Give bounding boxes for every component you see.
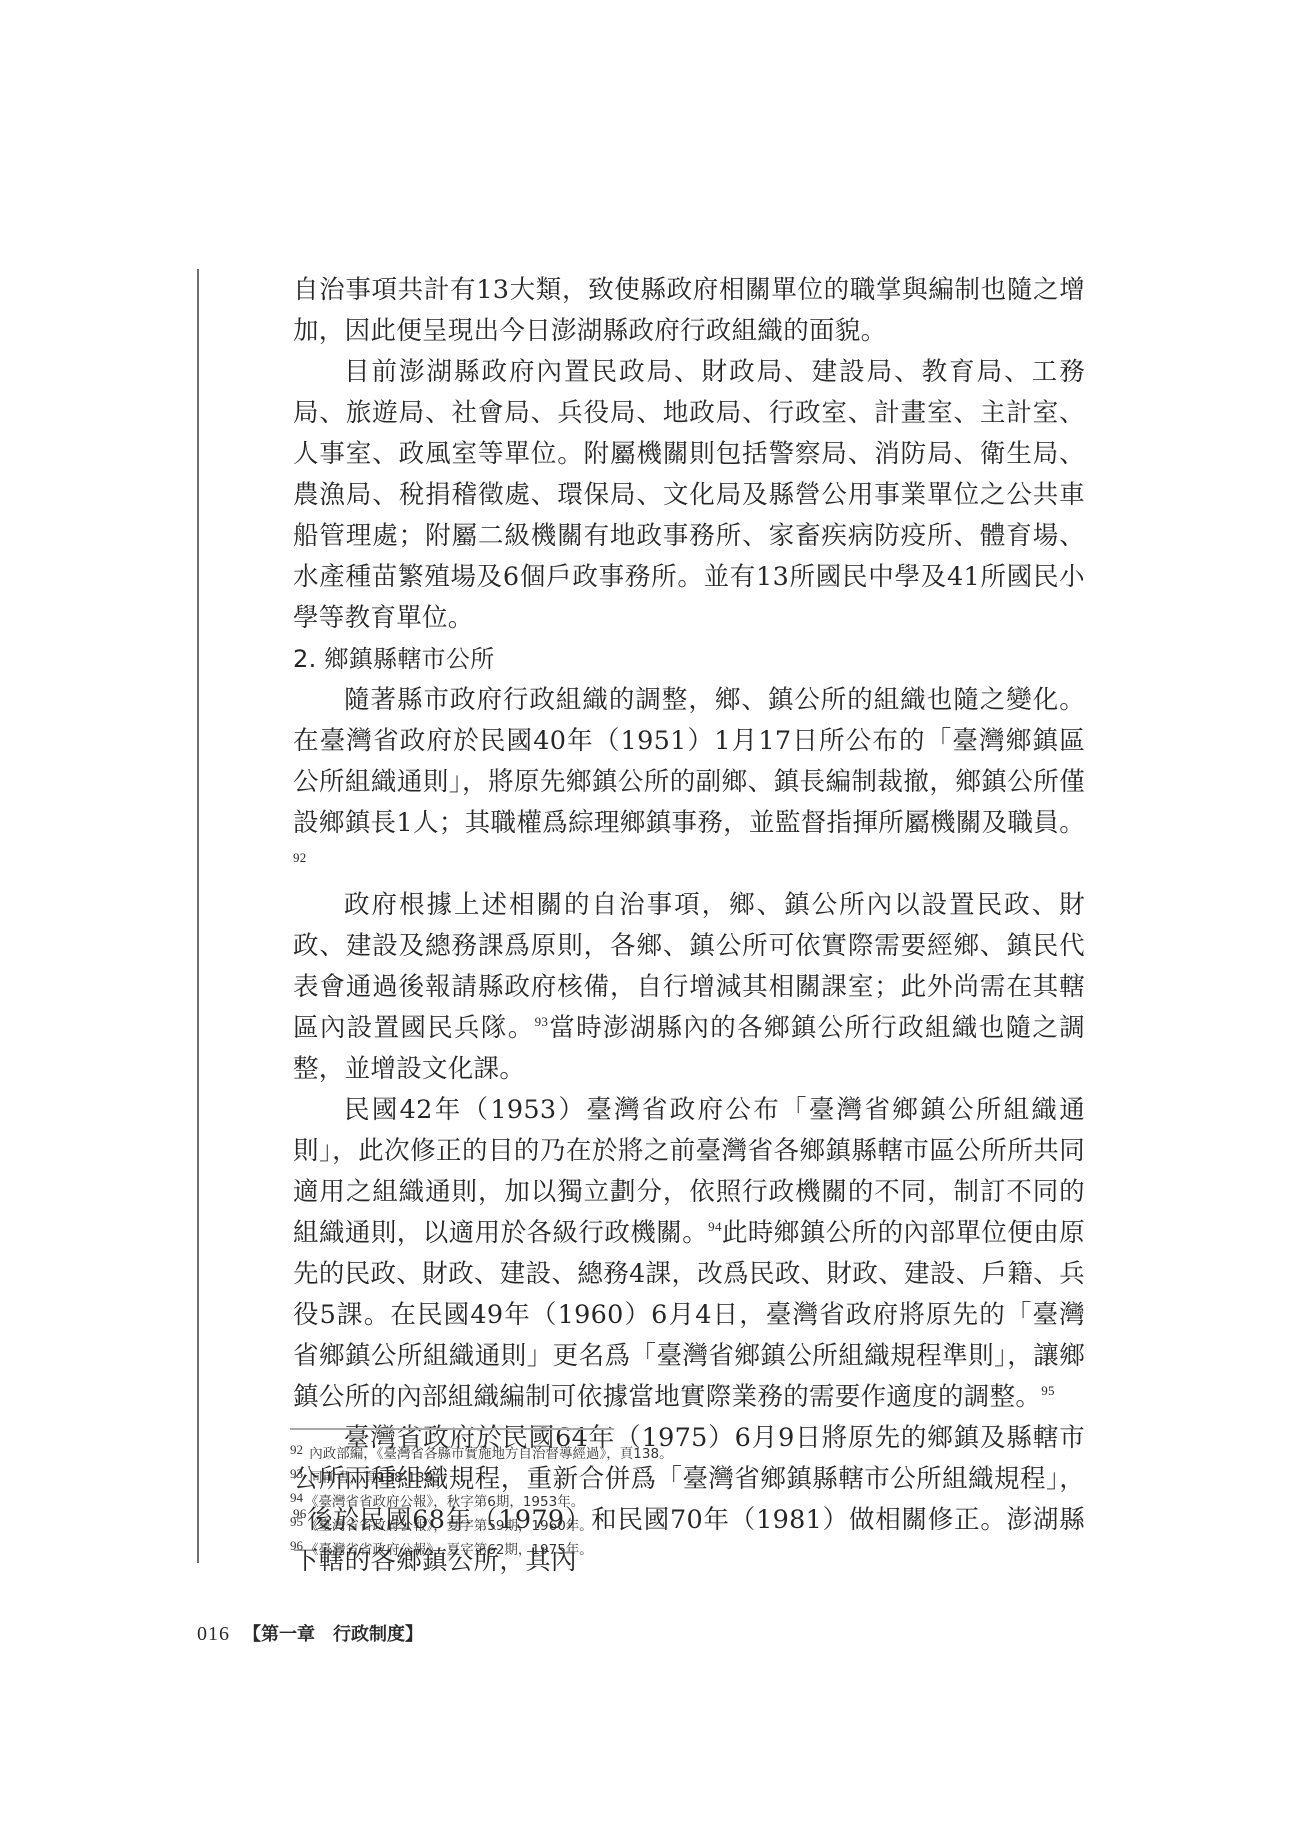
paragraph-county-departments: 目前澎湖縣政府內置民政局、財政局、建設局、教育局、工務局、旅遊局、社會局、兵役局… — [293, 352, 1085, 639]
footnote-ref[interactable]: 93 — [535, 1014, 549, 1029]
footnote-ref[interactable]: 94 — [708, 1219, 722, 1234]
footnote-text: 同前書，頁138-139。 — [309, 1470, 446, 1486]
page-footer: 016 【第一章 行政制度】 — [197, 1620, 423, 1646]
footnote-text: 《臺灣省省政府公報》，秋字第6期，1953年。 — [305, 1494, 584, 1510]
footnote-text: 《臺灣省省政府公報》，夏字第59期，1960年。 — [305, 1518, 593, 1534]
margin-rule — [197, 269, 199, 1563]
paragraph-1953-rules: 民國42年（1953）臺灣省政府公布「臺灣省鄉鎮公所組織通則」，此次修正的目的乃… — [293, 1090, 1085, 1418]
footnote-95: 95《臺灣省省政府公報》，夏字第59期，1960年。 — [290, 1512, 1050, 1536]
footnote-number: 95 — [290, 1514, 303, 1529]
body-text: 自治事項共計有13大類，致使縣政府相關單位的職掌與編制也隨之增加，因此便呈現出今… — [293, 270, 1085, 1582]
footnote-92: 92 內政部編，《臺灣省各縣市實施地方自治督導經過》，頁138。 — [290, 1440, 1050, 1464]
page-number: 016 — [197, 1623, 230, 1645]
paragraph-continuation: 自治事項共計有13大類，致使縣政府相關單位的職掌與編制也隨之增加，因此便呈現出今… — [293, 270, 1085, 352]
footnote-number: 92 — [290, 1442, 303, 1457]
footnote-divider — [290, 1428, 614, 1430]
chapter-label: 【第一章 行政制度】 — [243, 1624, 423, 1645]
footnote-94: 94《臺灣省省政府公報》，秋字第6期，1953年。 — [290, 1488, 1050, 1512]
paragraph-text: 隨著縣市政府行政組織的調整，鄉、鎮公所的組織也隨之變化。在臺灣省政府於民國40年… — [293, 685, 1085, 838]
footnote-93: 93 同前書，頁138-139。 — [290, 1464, 1050, 1488]
footnote-text: 《臺灣省省政府公報》，夏字第62期，1975年。 — [305, 1542, 593, 1558]
paragraph-self-governance: 政府根據上述相關的自治事項，鄉、鎮公所內以設置民政、財政、建設及總務課爲原則，各… — [293, 885, 1085, 1090]
footnote-ref[interactable]: 92 — [293, 850, 307, 865]
footnote-number: 96 — [290, 1538, 303, 1553]
footnote-ref[interactable]: 95 — [1041, 1383, 1055, 1398]
footnotes: 92 內政部編，《臺灣省各縣市實施地方自治督導經過》，頁138。 93 同前書，… — [290, 1440, 1050, 1560]
footnote-number: 93 — [290, 1466, 303, 1481]
paragraph-1951-rules: 隨著縣市政府行政組織的調整，鄉、鎮公所的組織也隨之變化。在臺灣省政府於民國40年… — [293, 680, 1085, 885]
footnote-96: 96《臺灣省省政府公報》，夏字第62期，1975年。 — [290, 1536, 1050, 1560]
section-heading: 2. 鄉鎮縣轄市公所 — [293, 639, 1085, 680]
footnote-number: 94 — [290, 1490, 303, 1505]
footnote-text: 內政部編，《臺灣省各縣市實施地方自治督導經過》，頁138。 — [309, 1446, 672, 1462]
